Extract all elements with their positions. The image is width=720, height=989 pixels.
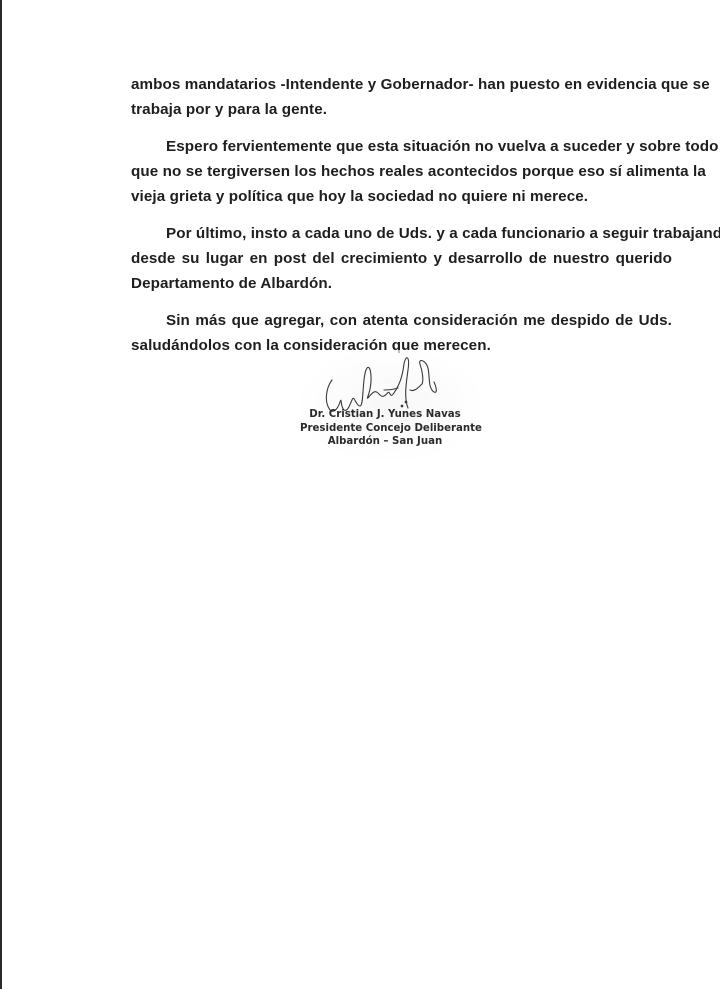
paragraph-call-to-action: Por último, insto a cada uno de Uds. y a… bbox=[131, 221, 672, 296]
text-line: Departamento de Albardón. bbox=[131, 271, 672, 296]
signer-info: Dr. Cristian J. Yunes Navas Presidente C… bbox=[300, 408, 470, 449]
signature-block: Dr. Cristian J. Yunes Navas Presidente C… bbox=[300, 350, 480, 460]
text-line: Espero fervientemente que esta situación… bbox=[131, 134, 672, 159]
text-line: trabaja por y para la gente. bbox=[131, 97, 672, 122]
signer-title: Presidente Concejo Deliberante bbox=[300, 422, 470, 436]
text-line: ambos mandatarios -Intendente y Gobernad… bbox=[131, 72, 672, 97]
text-line: Sin más que agregar, con atenta consider… bbox=[131, 308, 672, 333]
text-line: que no se tergiversen los hechos reales … bbox=[131, 159, 672, 184]
paragraph-closing-intro: ambos mandatarios -Intendente y Gobernad… bbox=[131, 72, 672, 122]
letter-body: ambos mandatarios -Intendente y Gobernad… bbox=[131, 72, 672, 370]
paragraph-hope: Espero fervientemente que esta situación… bbox=[131, 134, 672, 209]
signer-name: Dr. Cristian J. Yunes Navas bbox=[300, 408, 470, 422]
text-line: desde su lugar en post del crecimiento y… bbox=[131, 246, 672, 271]
text-line: Por último, insto a cada uno de Uds. y a… bbox=[131, 221, 672, 246]
page-left-edge bbox=[0, 0, 2, 989]
text-line: vieja grieta y política que hoy la socie… bbox=[131, 184, 672, 209]
signer-location: Albardón – San Juan bbox=[300, 435, 470, 449]
